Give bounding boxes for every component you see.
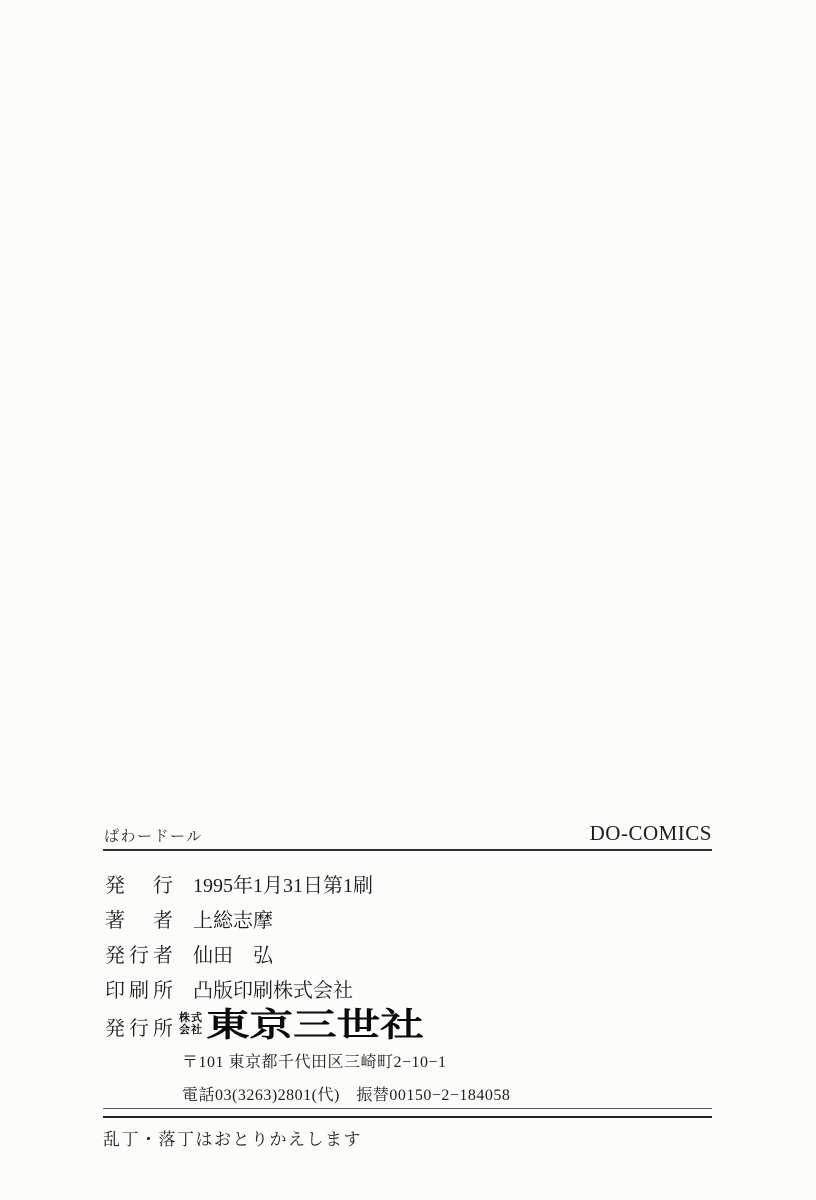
row-value-printer-name: 凸版印刷株式会社 bbox=[193, 974, 353, 1003]
publisher-corp-prefix: 株式 会社 bbox=[179, 1012, 203, 1036]
publisher-logo-name: 東京三世社 bbox=[206, 1007, 424, 1042]
colophon-row-publisher: 発行所 bbox=[105, 1012, 173, 1041]
row-label-author: 著者 bbox=[105, 904, 173, 933]
header-rule bbox=[103, 849, 712, 851]
footer-rule-thin bbox=[103, 1108, 712, 1109]
row-label-publisher: 発行所 bbox=[105, 1012, 173, 1041]
colophon-page: ぱわードール DO-COMICS 発行 1995年1月31日第1刷 著者 上総志… bbox=[0, 0, 816, 1200]
row-label-printer: 印刷所 bbox=[105, 974, 173, 1003]
row-value-publication-date: 1995年1月31日第1刷 bbox=[193, 869, 373, 898]
row-label-publication: 発行 bbox=[105, 869, 173, 898]
row-label-issuer: 発行者 bbox=[105, 939, 173, 968]
colophon-row-issuer: 発行者 仙田 弘 bbox=[105, 939, 273, 968]
publisher-address: 〒101 東京都千代田区三崎町2−10−1 bbox=[182, 1049, 447, 1072]
corp-prefix-line1: 株式 bbox=[179, 1012, 203, 1024]
publisher-phone-transfer: 電話03(3263)2801(代) 振替00150−2−184058 bbox=[182, 1082, 510, 1105]
book-title: ぱわードール bbox=[104, 825, 203, 846]
footer-note: 乱丁・落丁はおとりかえします bbox=[103, 1125, 362, 1150]
row-value-issuer-name: 仙田 弘 bbox=[193, 939, 273, 968]
colophon-row-publication: 発行 1995年1月31日第1刷 bbox=[105, 869, 373, 898]
colophon-row-author: 著者 上総志摩 bbox=[105, 904, 273, 933]
row-value-author-name: 上総志摩 bbox=[193, 904, 273, 933]
footer-rule-thick bbox=[103, 1116, 712, 1118]
colophon-row-printer: 印刷所 凸版印刷株式会社 bbox=[105, 974, 353, 1003]
corp-prefix-line2: 会社 bbox=[179, 1024, 203, 1036]
series-label: DO-COMICS bbox=[590, 821, 712, 846]
